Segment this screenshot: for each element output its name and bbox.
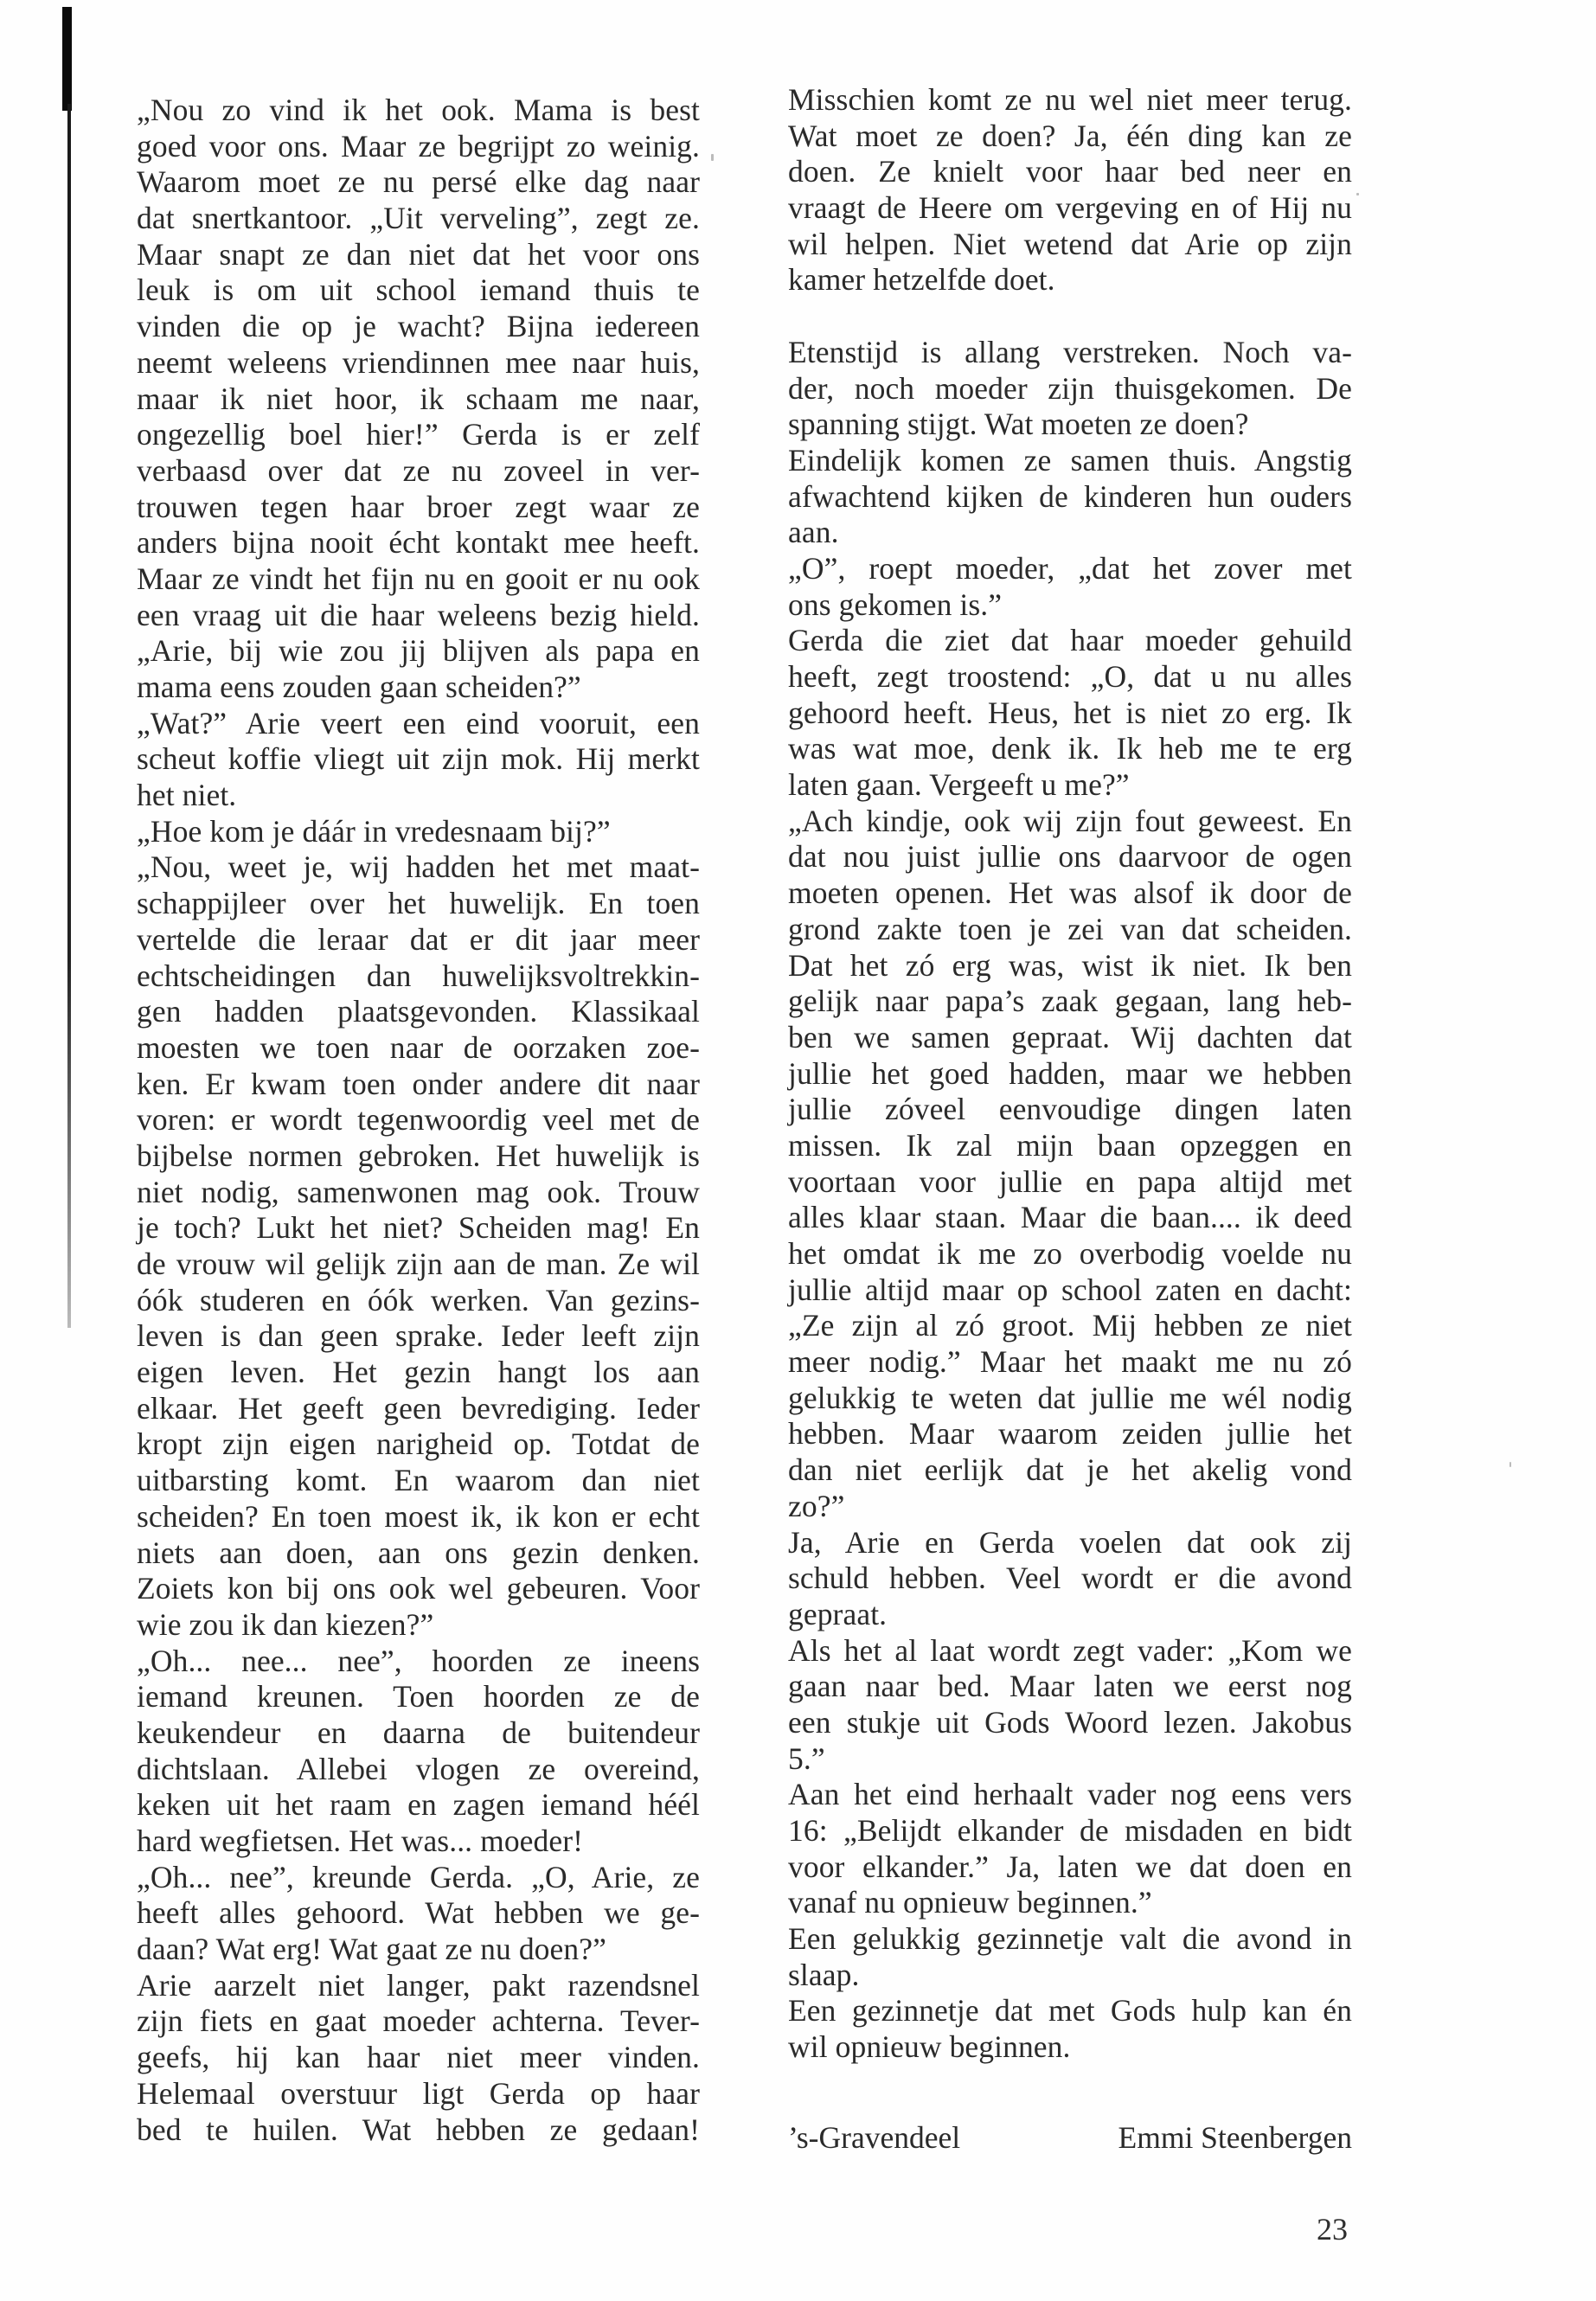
text-line: óók studeren en óók werken. Van gezins- — [137, 1283, 700, 1319]
text-line: „Ze zijn al zó groot. Mij hebben ze niet — [788, 1308, 1352, 1344]
text-line: gen hadden plaatsgevonden. Klassikaal — [137, 994, 700, 1030]
text-line: Dat het zó erg was, wist ik niet. Ik ben — [788, 948, 1352, 984]
text-line: hard wegfietsen. Het was... moeder! — [137, 1823, 700, 1860]
magazine-page: „Nou zo vind ik het ook. Mama is bestgoe… — [0, 0, 1596, 2301]
text-line: ken. Er kwam toen onder andere dit naar — [137, 1067, 700, 1103]
text-line: dichtslaan. Allebei vlogen ze overeind, — [137, 1752, 700, 1788]
text-line: Wat moet ze doen? Ja, één ding kan ze — [788, 119, 1352, 155]
text-line: gelukkig te weten dat jullie me wél nodi… — [788, 1381, 1352, 1417]
text-line: zijn fiets en gaat moeder achterna. Teve… — [137, 2003, 700, 2040]
text-line: voor elkander.” Ja, laten we dat doen en — [788, 1849, 1352, 1886]
text-line: echtscheidingen dan huwelijksvoltrekkin- — [137, 958, 700, 995]
text-line: vanaf nu opnieuw beginnen.” — [788, 1885, 1352, 1921]
text-line: gepraat. — [788, 1597, 1352, 1633]
text-line: wil helpen. Niet wetend dat Arie op zijn — [788, 227, 1352, 263]
text-line: gehoord heeft. Heus, het is niet zo erg.… — [788, 695, 1352, 732]
text-line: het niet. — [137, 778, 700, 814]
text-line: heeft, zegt troostend: „O, dat u nu alle… — [788, 659, 1352, 695]
text-line: iemand kreunen. Toen hoorden ze de — [137, 1679, 700, 1715]
text-line: Maar ze vindt het fijn nu en gooit er nu… — [137, 561, 700, 598]
text-line: Eindelijk komen ze samen thuis. Angstig — [788, 443, 1352, 479]
text-line: jullie zóveel eenvoudige dingen laten — [788, 1092, 1352, 1128]
text-line: goed voor ons. Maar ze begrijpt zo weini… — [137, 129, 700, 165]
text-line: der, noch moeder zijn thuisgekomen. De — [788, 371, 1352, 407]
text-line: bijbelse normen gebroken. Het huwelijk i… — [137, 1138, 700, 1175]
text-line: was wat moe, denk ik. Ik heb me te erg — [788, 731, 1352, 767]
text-line: missen. Ik zal mijn baan opzeggen en — [788, 1128, 1352, 1164]
text-line: Maar snapt ze dan niet dat het voor ons — [137, 237, 700, 273]
text-line: Ja, Arie en Gerda voelen dat ook zij — [788, 1525, 1352, 1561]
text-line: dat nou juist jullie ons daarvoor de oge… — [788, 839, 1352, 875]
text-line: 5.” — [788, 1741, 1352, 1778]
text-line: kamer hetzelfde doet. — [788, 262, 1352, 298]
text-line: leuk is om uit school iemand thuis te — [137, 272, 700, 309]
text-line: voren: er wordt tegenwoordig veel met de — [137, 1102, 700, 1138]
text-line: grond zakte toen je zei van dat scheiden… — [788, 912, 1352, 948]
text-line: jullie altijd maar op school zaten en da… — [788, 1272, 1352, 1309]
text-line: „Nou zo vind ik het ook. Mama is best — [137, 93, 700, 129]
text-line: dat snertkantoor. „Uit verveling”, zegt … — [137, 201, 700, 237]
scan-speck — [711, 154, 714, 161]
text-line: voortaan voor jullie en papa altijd met — [788, 1164, 1352, 1201]
text-line: vinden die op je wacht? Bijna iedereen — [137, 309, 700, 345]
text-line: schuld hebben. Veel wordt er die avond — [788, 1561, 1352, 1597]
text-line: een stukje uit Gods Woord lezen. Jakobus — [788, 1705, 1352, 1741]
text-line: ons gekomen is.” — [788, 587, 1352, 624]
text-line: „Arie, bij wie zou jij blijven als papa … — [137, 633, 700, 670]
signature-author: Emmi Steenbergen — [1118, 2120, 1352, 2157]
text-line: „Wat?” Arie veert een eind vooruit, een — [137, 706, 700, 742]
right-text-column: Misschien komt ze nu wel niet meer terug… — [788, 82, 1352, 2066]
text-line: moeten openen. Het was alsof ik door de — [788, 875, 1352, 912]
text-line: vertelde die leraar dat er dit jaar meer — [137, 922, 700, 958]
text-line: wil opnieuw beginnen. — [788, 2029, 1352, 2066]
text-line: gelijk naar papa’s zaak gegaan, lang heb… — [788, 984, 1352, 1020]
text-line: niets aan doen, aan ons gezin denken. — [137, 1535, 700, 1572]
text-line: aan. — [788, 515, 1352, 551]
text-line: vraagt de Heere om vergeving en of Hij n… — [788, 190, 1352, 227]
text-line: afwachtend kijken de kinderen hun ouders — [788, 479, 1352, 516]
text-line: hebben. Maar waarom zeiden jullie het — [788, 1416, 1352, 1452]
text-line: daan? Wat erg! Wat gaat ze nu doen?” — [137, 1932, 700, 1968]
text-line: Als het al laat wordt zegt vader: „Kom w… — [788, 1633, 1352, 1670]
text-line: Zoiets kon bij ons ook wel gebeuren. Voo… — [137, 1571, 700, 1607]
text-line: „Ach kindje, ook wij zijn fout geweest. … — [788, 804, 1352, 840]
text-line: maar ik niet hoor, ik schaam me naar, — [137, 381, 700, 418]
text-line: laten gaan. Vergeeft u me?” — [788, 767, 1352, 804]
text-line: elkaar. Het geeft geen bevrediging. Iede… — [137, 1391, 700, 1427]
text-line: het omdat ik me zo overbodig voelde nu — [788, 1236, 1352, 1272]
text-line: ben we samen gepraat. Wij dachten dat — [788, 1020, 1352, 1056]
text-line: niet nodig, samenwonen mag ook. Trouw — [137, 1175, 700, 1211]
text-line: scheiden? En toen moest ik, ik kon er ec… — [137, 1499, 700, 1535]
binding-edge-bar — [62, 7, 72, 111]
text-line: kropt zijn eigen narigheid op. Totdat de — [137, 1426, 700, 1463]
text-line: „Hoe kom je dáár in vredesnaam bij?” — [137, 814, 700, 850]
text-line: scheut koffie vliegt uit zijn mok. Hij m… — [137, 741, 700, 778]
text-line: uitbarsting komt. En waarom dan niet — [137, 1463, 700, 1499]
signature-place: ’s-Gravendeel — [788, 2120, 960, 2157]
text-line: ongezellig boel hier!” Gerda is er zelf — [137, 417, 700, 453]
text-line: alles klaar staan. Maar die baan.... ik … — [788, 1200, 1352, 1236]
text-line: „Nou, weet je, wij hadden het met maat- — [137, 849, 700, 886]
text-line: „O”, roept moeder, „dat het zover met — [788, 551, 1352, 587]
text-line: schappijleer over het huwelijk. En toen — [137, 886, 700, 922]
text-line: trouwen tegen haar broer zegt waar ze — [137, 490, 700, 526]
text-line: neemt weleens vriendinnen mee naar huis, — [137, 345, 700, 381]
text-line: je toch? Lukt het niet? Scheiden mag! En — [137, 1210, 700, 1247]
text-line: mama eens zouden gaan scheiden?” — [137, 670, 700, 706]
text-line: zo?” — [788, 1489, 1352, 1525]
text-line: Helemaal overstuur ligt Gerda op haar — [137, 2076, 700, 2112]
text-line: geefs, hij kan haar niet meer vinden. — [137, 2040, 700, 2076]
text-line: Een gezinnetje dat met Gods hulp kan én — [788, 1993, 1352, 2029]
text-line: leven is dan geen sprake. Ieder leeft zi… — [137, 1318, 700, 1355]
text-line: slaap. — [788, 1958, 1352, 1994]
text-line: een vraag uit die haar weleens bezig hie… — [137, 598, 700, 634]
scan-speck — [1356, 193, 1359, 195]
page-number: 23 — [1317, 2211, 1348, 2247]
article-signature: ’s-Gravendeel Emmi Steenbergen — [788, 2120, 1352, 2157]
text-line: eigen leven. Het gezin hangt los aan — [137, 1355, 700, 1391]
text-line: Een gelukkig gezinnetje valt die avond i… — [788, 1921, 1352, 1958]
text-line: verbaasd over dat ze nu zoveel in ver- — [137, 453, 700, 490]
text-line: spanning stijgt. Wat moeten ze doen? — [788, 407, 1352, 443]
text-line: Aan het eind herhaalt vader nog eens ver… — [788, 1777, 1352, 1813]
text-line: keken uit het raam en zagen iemand héél — [137, 1787, 700, 1823]
text-line: Etenstijd is allang verstreken. Noch va- — [788, 335, 1352, 371]
scan-speck — [1509, 1462, 1511, 1467]
left-text-column: „Nou zo vind ik het ook. Mama is bestgoe… — [137, 93, 700, 2148]
text-line: jullie het goed hadden, maar we hebben — [788, 1056, 1352, 1093]
text-line: Arie aarzelt niet langer, pakt razendsne… — [137, 1968, 700, 2004]
text-line: de vrouw wil gelijk zijn aan de man. Ze … — [137, 1247, 700, 1283]
text-line: Misschien komt ze nu wel niet meer terug… — [788, 82, 1352, 119]
text-line: wie zou ik dan kiezen?” — [137, 1607, 700, 1644]
text-line: gaan naar bed. Maar laten we eerst nog — [788, 1669, 1352, 1705]
text-line: keukendeur en daarna de buitendeur — [137, 1715, 700, 1752]
text-line: anders bijna nooit écht kontakt mee heef… — [137, 525, 700, 561]
text-line — [788, 298, 1352, 335]
text-line: „Oh... nee”, kreunde Gerda. „O, Arie, ze — [137, 1860, 700, 1896]
text-line: Gerda die ziet dat haar moeder gehuild — [788, 623, 1352, 659]
binding-edge-line — [67, 104, 71, 1328]
text-line: moesten we toen naar de oorzaken zoe- — [137, 1030, 700, 1067]
text-line: doen. Ze knielt voor haar bed neer en — [788, 154, 1352, 190]
text-line: 16: „Belijdt elkander de misdaden en bid… — [788, 1813, 1352, 1849]
text-line: meer nodig.” Maar het maakt me nu zó — [788, 1344, 1352, 1381]
text-line: bed te huilen. Wat hebben ze gedaan! — [137, 2112, 700, 2149]
text-line: „Oh... nee... nee”, hoorden ze ineens — [137, 1644, 700, 1680]
text-line: Waarom moet ze nu persé elke dag naar — [137, 164, 700, 201]
text-line: heeft alles gehoord. Wat hebben we ge- — [137, 1895, 700, 1932]
text-line: dan niet eerlijk dat je het akelig vond — [788, 1452, 1352, 1489]
